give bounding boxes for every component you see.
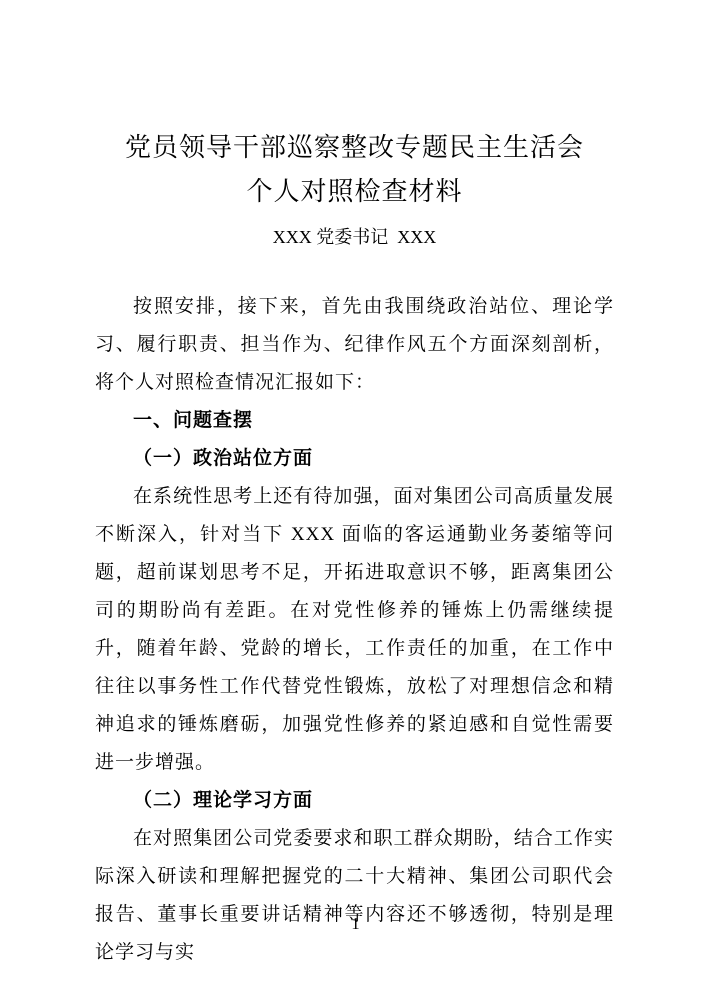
intro-paragraph: 按照安排，接下来，首先由我围绕政治站位、理论学习、履行职责、担当作为、纪律作风五…: [95, 288, 614, 402]
subsection-2-paragraph: 在对照集团公司党委要求和职工群众期盼，结合工作实际深入研读和理解把握党的二十大精…: [95, 820, 614, 972]
title-line-2: 个人对照检查材料: [95, 170, 614, 214]
subsection-2-heading: （二）理论学习方面: [95, 782, 614, 820]
subsection-1-paragraph: 在系统性思考上还有待加强，面对集团公司高质量发展不断深入，针对当下 XXX 面临…: [95, 478, 614, 782]
title-line-1: 党员领导干部巡察整改专题民主生活会: [95, 126, 614, 170]
subsection-1-heading: （一）政治站位方面: [95, 440, 614, 478]
section-1-heading: 一、问题查摆: [95, 402, 614, 440]
page-number: 1: [0, 912, 711, 936]
document-page: 党员领导干部巡察整改专题民主生活会 个人对照检查材料 XXX 党委书记 XXX …: [0, 0, 711, 1006]
document-title: 党员领导干部巡察整改专题民主生活会 个人对照检查材料: [95, 126, 614, 214]
author-byline: XXX 党委书记 XXX: [95, 222, 614, 252]
